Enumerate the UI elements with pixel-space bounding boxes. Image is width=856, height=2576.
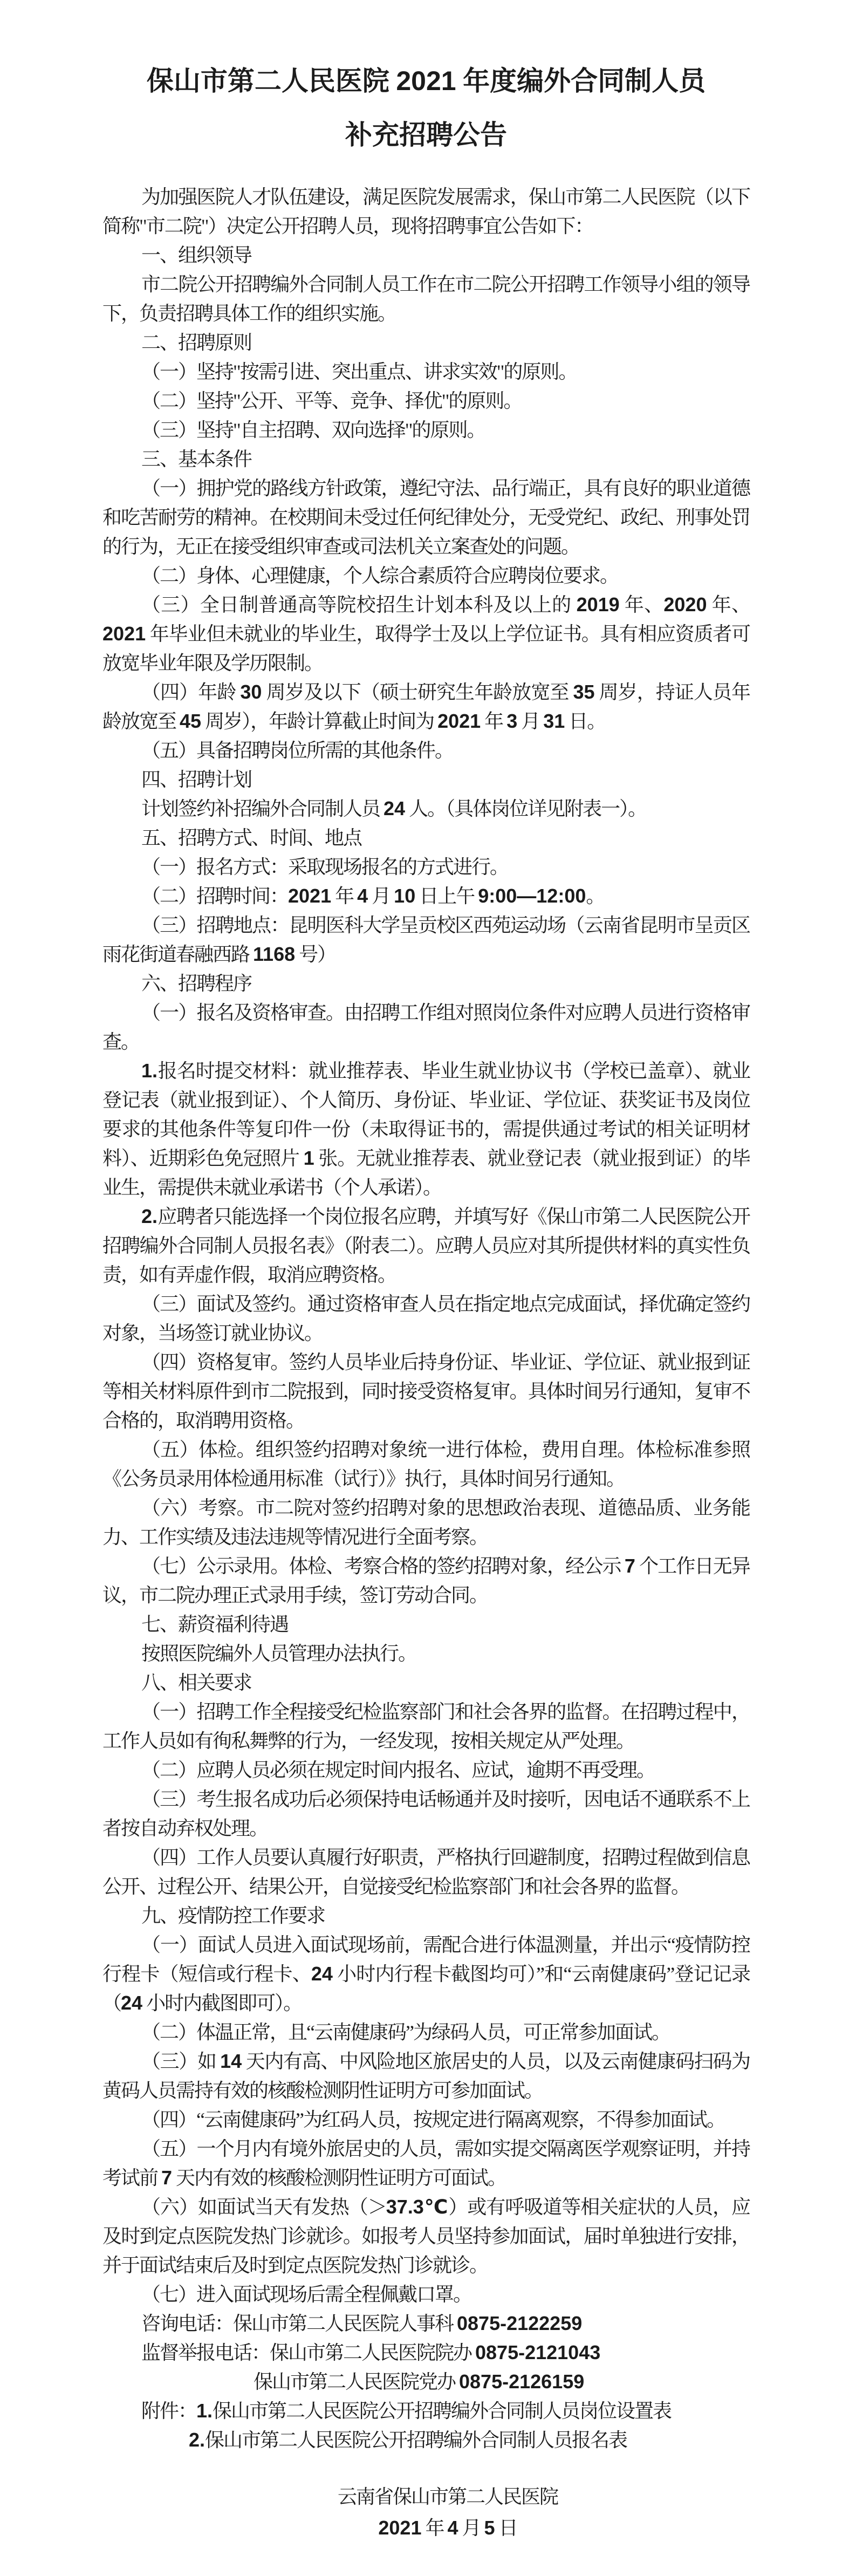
numeric-text: 24 — [311, 1963, 333, 1985]
paragraph: （一）拥护党的路线方针政策，遵纪守法、品行端正，具有良好的职业道德和吃苦耐劳的精… — [102, 474, 750, 561]
paragraph: 附件：1.保山市第二人民医院公开招聘编外合同制人员岗位设置表 — [102, 2396, 750, 2425]
numeric-text: 2021 — [378, 2517, 421, 2539]
signature-block: 云南省保山市第二人民医院 2021 年 4 月 5 日 — [124, 2482, 771, 2544]
paragraph: 保山市第二人民医院党办 0875-2126159 — [102, 2367, 750, 2396]
paragraph: （五）一个月内有境外旅居史的人员，需如实提交隔离医学观察证明，并持考试前 7 天… — [102, 2134, 750, 2192]
paragraph: （五）具备招聘岗位所需的其他条件。 — [102, 736, 750, 765]
numeric-text: 2021 — [437, 710, 481, 732]
paragraph: （三）面试及签约。通过资格审查人员在指定地点完成面试，择优确定签约对象，当场签订… — [102, 1289, 750, 1348]
paragraph: 五、招聘方式、时间、地点 — [102, 823, 750, 852]
paragraph: （三）考生报名成功后必须保持电话畅通并及时接听，因电话不通联系不上者按自动弃权处… — [102, 1785, 750, 1843]
numeric-text: 0875-2126159 — [459, 2370, 584, 2393]
paragraph: （二）招聘时间：2021 年 4 月 10 日上午 9:00—12:00。 — [102, 882, 750, 911]
paragraph: （四）年龄 30 周岁及以下（硕士研究生年龄放宽至 35 周岁，持证人员年龄放宽… — [102, 678, 750, 736]
paragraph: （七）公示录用。体检、考察合格的签约招聘对象，经公示 7 个工作日无异议，市二院… — [102, 1552, 750, 1610]
paragraph: 四、招聘计划 — [102, 765, 750, 794]
numeric-text: 2021 — [102, 623, 146, 645]
document-page: 保山市第二人民医院 2021 年度编外合同制人员 补充招聘公告 为加强医院人才队… — [0, 0, 856, 2576]
paragraph: （一）报名及资格审查。由招聘工作组对照岗位条件对应聘人员进行资格审查。 — [102, 998, 750, 1056]
paragraph: （五）体检。组织签约招聘对象统一进行体检，费用自理。体检标准参照《公务员录用体检… — [102, 1435, 750, 1493]
paragraph: （二）应聘人员必须在规定时间内报名、应试，逾期不再受理。 — [102, 1755, 750, 1785]
numeric-text: 45 — [180, 710, 201, 732]
paragraph: （二）体温正常，且“云南健康码”为绿码人员，可正常参加面试。 — [102, 2018, 750, 2047]
numeric-text: 9:00—12:00 — [478, 885, 586, 907]
paragraph: （四）资格复审。签约人员毕业后持身份证、毕业证、学位证、就业报到证等相关材料原件… — [102, 1348, 750, 1435]
numeric-text: 2021 — [288, 885, 331, 907]
paragraph: （二）坚持"公开、平等、竞争、择优"的原则。 — [102, 386, 750, 415]
numeric-text: 2. — [189, 2429, 205, 2451]
paragraph: （一）报名方式：采取现场报名的方式进行。 — [102, 852, 750, 882]
doc-body: 为加强医院人才队伍建设，满足医院发展需求，保山市第二人民医院（以下简称"市二院"… — [102, 182, 750, 2455]
numeric-text: 7 — [161, 2167, 172, 2189]
paragraph: 三、基本条件 — [102, 445, 750, 474]
paragraph: （三）招聘地点：昆明医科大学呈贡校区西苑运动场（云南省昆明市呈贡区雨花街道春融西… — [102, 911, 750, 969]
numeric-text: 2020 — [663, 593, 707, 616]
signature-org: 云南省保山市第二人民医院 — [124, 2482, 771, 2512]
paragraph: （二）身体、心理健康，个人综合素质符合应聘岗位要求。 — [102, 561, 750, 590]
paragraph: （四）工作人员要认真履行好职责，严格执行回避制度，招聘过程做到信息公开、过程公开… — [102, 1843, 750, 1901]
paragraph: 七、薪资福利待遇 — [102, 1610, 750, 1639]
paragraph: 六、招聘程序 — [102, 969, 750, 998]
numeric-text: 7 — [625, 1555, 635, 1577]
paragraph: （三）全日制普通高等院校招生计划本科及以上的 2019 年、2020 年、202… — [102, 590, 750, 678]
paragraph: 2.应聘者只能选择一个岗位报名应聘，并填写好《保山市第二人民医院公开招聘编外合同… — [102, 1202, 750, 1289]
paragraph: 八、相关要求 — [102, 1668, 750, 1697]
numeric-text: 10 — [394, 885, 415, 907]
paragraph: 1.报名时提交材料：就业推荐表、毕业生就业协议书（学校已盖章）、就业登记表（就业… — [102, 1056, 750, 1202]
paragraph: 一、组织领导 — [102, 241, 750, 270]
numeric-text: 1 — [304, 1147, 314, 1169]
numeric-text: 5 — [484, 2517, 495, 2539]
paragraph: 按照医院编外人员管理办法执行。 — [102, 1639, 750, 1668]
paragraph: （一）面试人员进入面试现场前，需配合进行体温测量，并出示“疫情防控行程卡（短信或… — [102, 1930, 750, 2018]
paragraph: 咨询电话：保山市第二人民医院人事科 0875-2122259 — [102, 2309, 750, 2338]
numeric-text: 35 — [573, 681, 594, 703]
paragraph: 市二院公开招聘编外合同制人员工作在市二院公开招聘工作领导小组的领导下，负责招聘具… — [102, 270, 750, 328]
numeric-text: 14 — [220, 2050, 242, 2072]
paragraph: 计划签约补招编外合同制人员 24 人。（具体岗位详见附表一）。 — [102, 794, 750, 823]
paragraph: 二、招聘原则 — [102, 328, 750, 357]
numeric-text: 2. — [141, 1205, 157, 1227]
paragraph: 九、疫情防控工作要求 — [102, 1901, 750, 1930]
doc-title-line1: 保山市第二人民医院 2021 年度编外合同制人员 — [102, 54, 750, 108]
paragraph: （七）进入面试现场后需全程佩戴口罩。 — [102, 2280, 750, 2309]
numeric-text: 2019 — [577, 593, 620, 616]
paragraph: （三）坚持"自主招聘、双向选择"的原则。 — [102, 415, 750, 445]
doc-title-line2: 补充招聘公告 — [102, 108, 750, 162]
numeric-text: 4 — [357, 885, 368, 907]
numeric-text: 31 — [543, 710, 565, 732]
numeric-text: 0875-2121043 — [475, 2341, 600, 2363]
paragraph: （六）如面试当天有发热（＞37.3℃）或有呼吸道等相关症状的人员，应及时到定点医… — [102, 2192, 750, 2280]
paragraph: 为加强医院人才队伍建设，满足医院发展需求，保山市第二人民医院（以下简称"市二院"… — [102, 182, 750, 241]
numeric-text: 24 — [121, 1992, 142, 2014]
numeric-text: 24 — [384, 797, 405, 819]
numeric-text: 1. — [196, 2400, 213, 2422]
paragraph: 监督举报电话：保山市第二人民医院院办 0875-2121043 — [102, 2338, 750, 2367]
paragraph: （一）坚持"按需引进、突出重点、讲求实效"的原则。 — [102, 357, 750, 386]
numeric-text: 4 — [448, 2517, 458, 2539]
paragraph: （四）“云南健康码”为红码人员，按规定进行隔离观察，不得参加面试。 — [102, 2105, 750, 2134]
numeric-text: 3 — [506, 710, 517, 732]
paragraph: （一）招聘工作全程接受纪检监察部门和社会各界的监督。在招聘过程中，工作人员如有徇… — [102, 1697, 750, 1755]
numeric-text: 37.3℃ — [386, 2196, 449, 2218]
numeric-text: 0875-2122259 — [457, 2312, 582, 2334]
paragraph: （三）如 14 天内有高、中风险地区旅居史的人员，以及云南健康码扫码为黄码人员需… — [102, 2047, 750, 2105]
numeric-text: 2021 — [396, 66, 456, 96]
numeric-text: 1168 — [253, 943, 295, 965]
paragraph: （六）考察。市二院对签约招聘对象的思想政治表现、道德品质、业务能力、工作实绩及违… — [102, 1493, 750, 1552]
numeric-text: 30 — [240, 681, 262, 703]
numeric-text: 1. — [141, 1060, 157, 1082]
signature-date: 2021 年 4 月 5 日 — [124, 2512, 771, 2544]
paragraph: 2.保山市第二人民医院公开招聘编外合同制人员报名表 — [102, 2425, 750, 2455]
